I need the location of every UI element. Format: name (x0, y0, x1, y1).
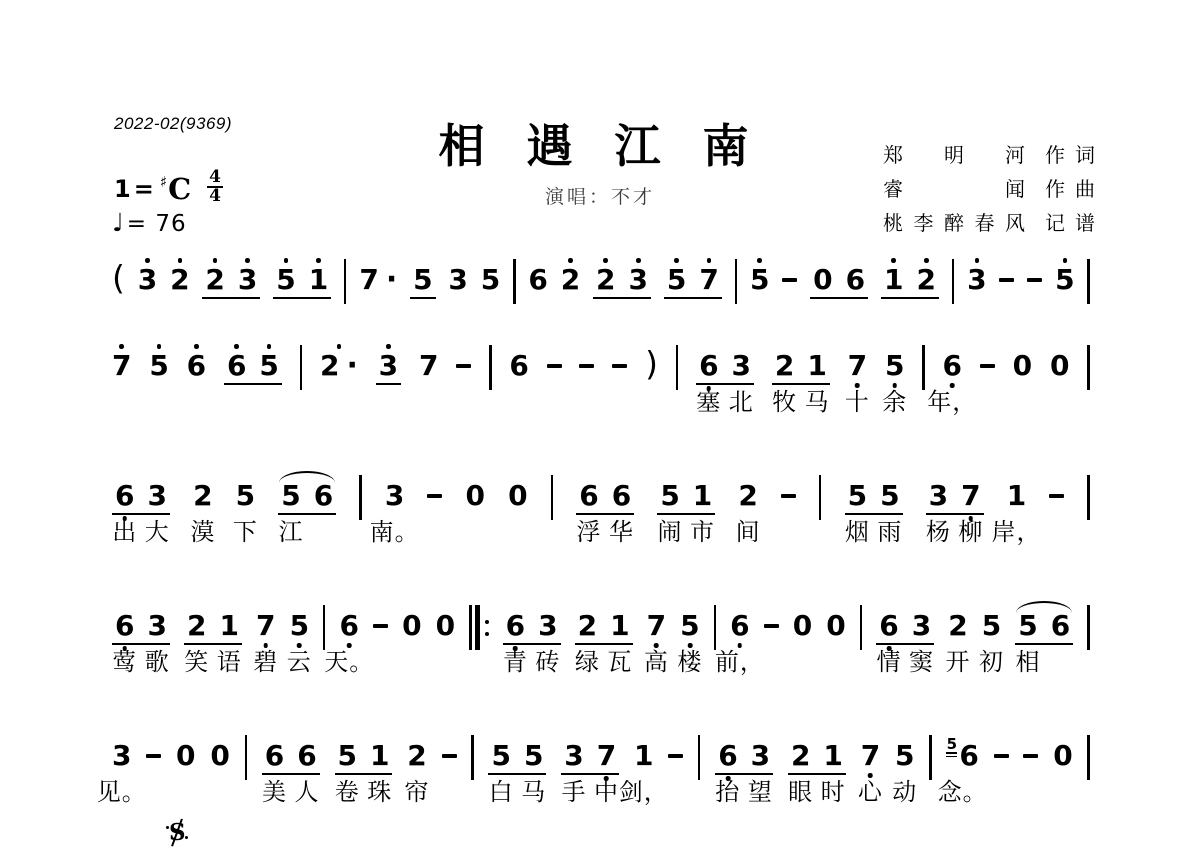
note-digit: 2 (170, 265, 189, 295)
duration-dash (612, 364, 627, 368)
parenthesis: ( (112, 257, 125, 299)
note: 2 (916, 256, 935, 295)
lyric: 抬 (715, 779, 740, 805)
note-digit: 0 (436, 611, 455, 641)
augmentation-dot: · (386, 265, 397, 295)
note: 3见。 (112, 732, 131, 771)
lyric: 漠 (190, 519, 215, 545)
note: 3歌 (147, 602, 166, 641)
note-digit: 6 (265, 741, 284, 771)
note-digit: 6 (115, 481, 134, 511)
lyric: 年， (927, 389, 977, 415)
note-digit: 5 (290, 611, 309, 641)
key-signature: 1 = ♯ C 4 4 (114, 170, 223, 206)
note-digit: 5 (895, 741, 914, 771)
note-digit: 1 (220, 611, 239, 641)
note-digit: 2 (187, 611, 206, 641)
parenthesis: ) (645, 343, 658, 385)
note: 6 (1051, 602, 1070, 641)
note-digit: 6 (340, 611, 359, 641)
note-digit: 1 (693, 481, 712, 511)
note: 5初 (982, 602, 1001, 641)
lyric: 绿 (575, 649, 600, 675)
note-digit: 0 (1050, 351, 1069, 381)
note-group: 6情3窦 (876, 602, 934, 645)
note-digit: 5 (667, 265, 686, 295)
duration-dash (999, 278, 1014, 282)
segno-icon: S (169, 819, 185, 846)
note: 2 (596, 256, 615, 295)
note: 5动 (895, 732, 914, 771)
note-digit: 7· (359, 265, 397, 295)
tempo-bpm: 76 (155, 211, 186, 237)
lyric: 十 (845, 389, 870, 415)
note-group: 5 (410, 256, 435, 299)
lyric: 望 (748, 779, 773, 805)
note-digit: 3 (967, 265, 986, 295)
barline (359, 475, 361, 520)
note-digit: 5 (1018, 611, 1037, 641)
note: 5 (481, 256, 500, 295)
lyric: 时 (821, 779, 846, 805)
credit-lyricist: 郑明河 作词 (883, 138, 1095, 172)
note: 3 (238, 256, 257, 295)
note-digit: 5 (276, 265, 295, 295)
lyric: 相 (1016, 649, 1041, 675)
note: 6青 (506, 602, 525, 641)
note-digit: 6 (187, 351, 206, 381)
note: 7心 (861, 732, 880, 771)
lyric: 青 (503, 649, 528, 675)
tempo-marking: ♩= 76 (112, 208, 187, 237)
barline (860, 605, 862, 650)
note: 7碧 (256, 602, 275, 641)
transcriber-name: 桃李醉春风 (883, 206, 1025, 240)
lyric: 闹 (658, 519, 683, 545)
note: 6抬 (718, 732, 737, 771)
lyric: 美 (262, 779, 287, 805)
note: 2漠 (193, 472, 212, 511)
note: 1剑， (634, 732, 653, 771)
lyric: 初 (979, 649, 1004, 675)
note-digit: 0 (1013, 351, 1032, 381)
lyric: 帘 (404, 779, 429, 805)
note-digit: 6 (528, 265, 547, 295)
note: 7 (112, 342, 131, 381)
key-letter: C (168, 172, 191, 206)
note: 5 (1055, 256, 1074, 295)
note-digit: 3 (751, 741, 770, 771)
note: 5 (750, 256, 769, 295)
repeat-start-sign (469, 605, 488, 650)
note: 6年， (943, 342, 962, 381)
note-group: 2眼1时 (788, 732, 846, 775)
note-digit: 6 (699, 351, 718, 381)
note: 3 (379, 342, 398, 381)
note: 0 (466, 472, 485, 511)
note-digit: 6 (879, 611, 898, 641)
note: 6情 (879, 602, 898, 641)
quarter-note-icon: ♩ (112, 208, 125, 237)
note-digit: 0 (176, 741, 195, 771)
note: 7 (699, 256, 718, 295)
note: 5楼 (680, 602, 699, 641)
note-digit: 2 (948, 611, 967, 641)
score-line-5: 3见。006美6人5卷1珠2帘5白5马3手7中1剑，6抬3望2眼1时7心5动56… (112, 732, 1090, 780)
note-digit: 2 (407, 741, 426, 771)
lyric: 马 (805, 389, 830, 415)
note-group: 12 (881, 256, 939, 299)
note-digit: 5 (1055, 265, 1074, 295)
lyric: 烟 (845, 519, 870, 545)
sheet-music-page: 2022-02(9369) 相 遇 江 南 演唱：不才 郑明河 作词 睿闻 作曲… (0, 0, 1200, 850)
note-digit: 2· (320, 351, 358, 381)
duration-dash (668, 754, 683, 758)
note-digit: 5 (259, 351, 278, 381)
note-digit: 2 (578, 611, 597, 641)
note-digit: 2 (916, 265, 935, 295)
note: 2 (205, 256, 224, 295)
duration-dash (1023, 754, 1038, 758)
note-digit: 1 (634, 741, 653, 771)
note-digit: 5 (880, 481, 899, 511)
note: 1时 (823, 732, 842, 771)
note: 2 (561, 256, 580, 295)
note-digit: 1 (1007, 481, 1026, 511)
note: 5 (259, 342, 278, 381)
note: 1市 (693, 472, 712, 511)
barline (323, 605, 325, 650)
note-digit: 7 (961, 481, 980, 511)
lyric: 市 (690, 519, 715, 545)
note-digit: 0 (466, 481, 485, 511)
barline (513, 259, 515, 304)
score-line-3: 6出3大2漠5下5江63南。006浮6华5闹1市2间5烟5雨3杨7柳1岸， (112, 472, 1090, 520)
duration-dash (547, 364, 562, 368)
note: 6美 (265, 732, 284, 771)
note: 1语 (220, 602, 239, 641)
note-digit: 0 (210, 741, 229, 771)
note-digit: 7 (597, 741, 616, 771)
barline (929, 735, 931, 780)
barline (489, 345, 491, 390)
duration-dash (1027, 278, 1042, 282)
note-digit: 2 (561, 265, 580, 295)
note-digit: 3 (147, 481, 166, 511)
note: 1瓦 (610, 602, 629, 641)
duration-dash (442, 754, 457, 758)
note: 5闹 (660, 472, 679, 511)
note: 3手 (564, 732, 583, 771)
lyric: 云 (287, 649, 312, 675)
note-digit: 6 (1051, 611, 1070, 641)
duration-dash (427, 494, 442, 498)
lyric: 心 (858, 779, 883, 805)
note-digit: 2 (193, 481, 212, 511)
note-digit: 5 (848, 481, 867, 511)
lyric: 眼 (788, 779, 813, 805)
note: 3南。 (385, 472, 404, 511)
lyric: 华 (609, 519, 634, 545)
note: 0 (1013, 342, 1032, 381)
note-digit: 6 (506, 611, 525, 641)
lyric: 牧 (772, 389, 797, 415)
note: 5余 (885, 342, 904, 381)
note: 3 (629, 256, 648, 295)
note-group: 5江6 (278, 472, 336, 515)
duration-dash (980, 364, 995, 368)
note: 2间 (738, 472, 757, 511)
note-digit: 5 (524, 741, 543, 771)
note-group: 2笑1语 (184, 602, 242, 645)
note-digit: 3 (929, 481, 948, 511)
note-group: 3手7中 (561, 732, 619, 775)
note-digit: 5 (660, 481, 679, 511)
note-digit: 6 (297, 741, 316, 771)
note-digit: 0 (826, 611, 845, 641)
lyric: 人 (294, 779, 319, 805)
lyric: 情 (876, 649, 901, 675)
lyric: 江 (279, 519, 304, 545)
note: 1 (884, 256, 903, 295)
lyric: 见。 (97, 779, 147, 805)
note-digit: 1 (309, 265, 328, 295)
note-digit: 56 (946, 741, 978, 771)
note: 5云 (290, 602, 309, 641)
sharp-icon: ♯ (160, 175, 167, 190)
note-group: 6浮6华 (576, 472, 634, 515)
note-digit: 3 (448, 265, 467, 295)
note: 2笑 (187, 602, 206, 641)
note: 0 (402, 602, 421, 641)
lyric: 瓦 (607, 649, 632, 675)
note-digit: 6 (718, 741, 737, 771)
note: 2 (170, 256, 189, 295)
lyricist-name: 郑明河 (883, 138, 1025, 172)
note: 6 (528, 256, 547, 295)
note-digit: 1 (884, 265, 903, 295)
barline (735, 259, 737, 304)
note: 5卷 (338, 732, 357, 771)
note-group: 2牧1马 (772, 342, 830, 385)
note: 6 (314, 472, 333, 511)
lyric: 岸， (991, 519, 1041, 545)
note-digit: 7 (699, 265, 718, 295)
lyric: 歌 (145, 649, 170, 675)
duration-dash (994, 754, 1009, 758)
note-group: 57 (664, 256, 722, 299)
lyric: 塞 (696, 389, 721, 415)
note: 3大 (147, 472, 166, 511)
barline (714, 605, 716, 650)
note-digit: 3 (238, 265, 257, 295)
note: 6出 (115, 472, 134, 511)
note-digit: 6 (579, 481, 598, 511)
note: 6前， (730, 602, 749, 641)
barline (922, 345, 924, 390)
lyric: 下 (233, 519, 258, 545)
note-digit: 5 (149, 351, 168, 381)
lyricist-role: 作词 (1045, 138, 1095, 172)
lyric: 窦 (909, 649, 934, 675)
note-digit: 7 (848, 351, 867, 381)
note-digit: 6 (846, 265, 865, 295)
note-digit: 5 (413, 265, 432, 295)
note-digit: 7 (112, 351, 131, 381)
note: 3 (448, 256, 467, 295)
note-digit: 7 (419, 351, 438, 381)
barline (819, 475, 821, 520)
note: 6莺 (115, 602, 134, 641)
note: 7十 (848, 342, 867, 381)
note-group: 51 (273, 256, 331, 299)
note-digit: 2 (791, 741, 810, 771)
note-digit: 3 (912, 611, 931, 641)
credit-transcriber: 桃李醉春风 记谱 (883, 206, 1095, 240)
note: 2· (320, 342, 358, 381)
lyric: 碧 (253, 649, 278, 675)
note: 0 (508, 472, 527, 511)
note: 6 (509, 342, 528, 381)
duration-dash (764, 624, 779, 628)
note: 2绿 (578, 602, 597, 641)
note: 5烟 (848, 472, 867, 511)
barline (551, 475, 553, 520)
augmentation-dot: · (346, 351, 357, 381)
note: 6人 (297, 732, 316, 771)
note-digit: 5 (236, 481, 255, 511)
lyric: 高 (644, 649, 669, 675)
note: 0 (1050, 342, 1069, 381)
note-digit: 3 (138, 265, 157, 295)
note-digit: 1 (823, 741, 842, 771)
score-line-1: (3223517·5356223575061235 (112, 256, 1090, 304)
note-digit: 5 (338, 741, 357, 771)
note-digit: 0 (1053, 741, 1072, 771)
note-digit: 6 (943, 351, 962, 381)
lyric: 手 (561, 779, 586, 805)
note-digit: 6 (509, 351, 528, 381)
lyric: 楼 (677, 649, 702, 675)
lyric: 南。 (370, 519, 420, 545)
note: 0 (793, 602, 812, 641)
note-group: 06 (810, 256, 868, 299)
barline (245, 735, 247, 780)
lyric: 中 (594, 779, 619, 805)
key-equals: = (134, 172, 154, 206)
lyric: 天。 (324, 649, 374, 675)
note-digit: 0 (793, 611, 812, 641)
score-line-4: 6莺3歌2笑1语7碧5云6天。006青3砖2绿1瓦7高5楼6前，006情3窦2开… (112, 602, 1090, 650)
note: 1 (309, 256, 328, 295)
lyric: 浮 (576, 519, 601, 545)
barline (1087, 605, 1089, 650)
note: 5 (413, 256, 432, 295)
duration-dash (579, 364, 594, 368)
lyric: 前， (715, 649, 765, 675)
note: 1马 (807, 342, 826, 381)
lyric: 语 (217, 649, 242, 675)
note-digit: 3 (112, 741, 131, 771)
lyric: 间 (736, 519, 761, 545)
note: 2帘 (407, 732, 426, 771)
note-digit: 5 (281, 481, 300, 511)
lyric: 卷 (335, 779, 360, 805)
note: 0 (826, 602, 845, 641)
note: 5 (149, 342, 168, 381)
note: 6塞 (699, 342, 718, 381)
note: 3砖 (538, 602, 557, 641)
note: 0 (176, 732, 195, 771)
tempo-equals: = (127, 211, 147, 237)
note-digit: 0 (813, 265, 832, 295)
note-digit: 2 (775, 351, 794, 381)
note-digit: 5 (982, 611, 1001, 641)
note: 7 (419, 342, 438, 381)
note-digit: 1 (807, 351, 826, 381)
transcriber-role: 记谱 (1045, 206, 1095, 240)
note: 5白 (491, 732, 510, 771)
note-group: 5相6 (1015, 602, 1073, 645)
note: 5马 (524, 732, 543, 771)
note: 5相 (1018, 602, 1037, 641)
key-tonic: 1 (114, 172, 131, 206)
duration-dash (781, 494, 796, 498)
duration-dash (373, 624, 388, 628)
credits-block: 郑明河 作词 睿闻 作曲 桃李醉春风 记谱 (883, 138, 1095, 240)
time-signature: 4 4 (207, 170, 223, 204)
lyric: 剑， (619, 779, 669, 805)
note: 7高 (647, 602, 666, 641)
note: 7· (359, 256, 397, 295)
duration-dash (782, 278, 797, 282)
note-digit: 7 (256, 611, 275, 641)
note-group: 6出3大 (112, 472, 170, 515)
note: 0 (210, 732, 229, 771)
note: 56念。 (946, 732, 978, 771)
note: 6 (227, 342, 246, 381)
lyric: 砖 (535, 649, 560, 675)
note-group: 6美6人 (262, 732, 320, 775)
note-digit: 7 (647, 611, 666, 641)
note-group: 5闹1市 (657, 472, 715, 515)
note-digit: 6 (314, 481, 333, 511)
note-digit: 3 (564, 741, 583, 771)
note-digit: 5 (885, 351, 904, 381)
note-group: 65 (224, 342, 282, 385)
note: 2开 (948, 602, 967, 641)
note: 2眼 (791, 732, 810, 771)
composer-name: 睿闻 (883, 172, 1025, 206)
composer-role: 作曲 (1045, 172, 1095, 206)
note-group: 23 (202, 256, 260, 299)
note-digit: 3 (379, 351, 398, 381)
lyric: 念。 (938, 779, 988, 805)
note-digit: 6 (612, 481, 631, 511)
note-digit: 6 (227, 351, 246, 381)
note-digit: 6 (730, 611, 749, 641)
note: 6天。 (340, 602, 359, 641)
note: 7柳 (961, 472, 980, 511)
note: 5江 (281, 472, 300, 511)
note-group: 6莺3歌 (112, 602, 170, 645)
barline (676, 345, 678, 390)
note-group: 3杨7柳 (926, 472, 984, 515)
note-group: 6青3砖 (503, 602, 561, 645)
note: 3 (138, 256, 157, 295)
note: 5 (667, 256, 686, 295)
note: 6 (846, 256, 865, 295)
